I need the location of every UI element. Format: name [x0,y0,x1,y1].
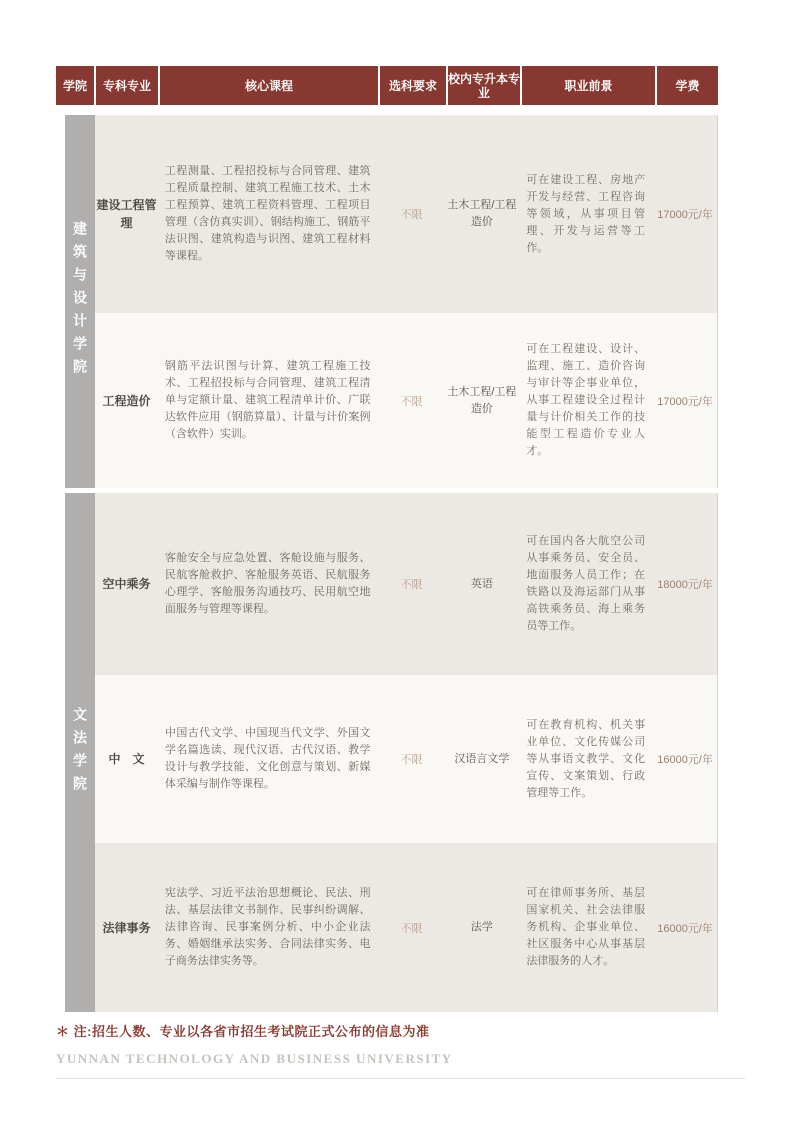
core-courses: 工程测量、工程招投标与合同管理、建筑工程质量控制、建筑工程施工技术、土木工程预算… [158,115,378,313]
table-row: 工程造价 钢筋平法识图与计算、建筑工程施工技术、工程招投标与合同管理、建筑工程清… [95,313,718,488]
tuition-fee: 17000元/年 [653,115,717,313]
col-header-major: 专科专业 [96,66,158,105]
subject-requirement: 不限 [378,493,446,675]
col-header-upgrade-major: 校内专升本专业 [448,66,520,105]
col-header-career-prospects: 职业前景 [522,66,655,105]
subject-requirement: 不限 [378,115,446,313]
major-name: 建设工程管理 [95,115,158,313]
college-name: 建筑与设计学院 [65,221,95,382]
college-sidebar: 建筑与设计学院 [65,115,95,488]
table-row: 法律事务 宪法学、习近平法治思想概论、民法、刑法、基层法律文书制作、民事纠纷调解… [95,843,718,1012]
career-prospects: 可在国内各大航空公司从事乘务员、安全员、地面服务人员工作；在铁路以及海运部门从事… [518,493,653,675]
majors-table: 学院 专科专业 核心课程 选科要求 校内专升本专业 职业前景 学费 建筑与设计学… [56,66,718,1012]
university-name-footer: YUNNAN TECHNOLOGY AND BUSINESS UNIVERSIT… [56,1051,453,1067]
subject-requirement: 不限 [378,313,446,488]
core-courses: 宪法学、习近平法治思想概论、民法、刑法、基层法律文书制作、民事纠纷调解、法律咨询… [158,843,378,1012]
upgrade-major: 汉语言文学 [445,675,518,843]
table-row: 建设工程管理 工程测量、工程招投标与合同管理、建筑工程质量控制、建筑工程施工技术… [95,115,718,313]
col-header-core-courses: 核心课程 [160,66,378,105]
upgrade-major: 英语 [445,493,518,675]
core-courses: 客舱安全与应急处置、客舱设施与服务、民航客舱救护、客舱服务英语、民航服务心理学、… [158,493,378,675]
tuition-fee: 16000元/年 [653,675,717,843]
college-sidebar: 文法学院 [65,493,95,1012]
major-name: 法律事务 [95,843,158,1012]
career-prospects: 可在教育机构、机关事业单位、文化传媒公司等从事语文教学、文化宣传、文案策划、行政… [518,675,653,843]
major-name: 空中乘务 [95,493,158,675]
core-courses: 中国古代文学、中国现当代文学、外国文学名篇选读、现代汉语、古代汉语、教学设计与教… [158,675,378,843]
major-name: 中 文 [95,675,158,843]
col-header-college: 学院 [56,66,94,105]
career-prospects: 可在工程建设、设计、监理、施工、造价咨询与审计等企事业单位，从事工程建设全过程计… [518,313,653,488]
col-header-subject-requirement: 选科要求 [380,66,446,105]
section-architecture-design-college: 建筑与设计学院 建设工程管理 工程测量、工程招投标与合同管理、建筑工程质量控制、… [56,115,718,488]
table-row: 空中乘务 客舱安全与应急处置、客舱设施与服务、民航客舱救护、客舱服务英语、民航服… [95,493,718,675]
core-courses: 钢筋平法识图与计算、建筑工程施工技术、工程招投标与合同管理、建筑工程清单与定额计… [158,313,378,488]
upgrade-major: 法学 [445,843,518,1012]
major-name: 工程造价 [95,313,158,488]
table-row: 中 文 中国古代文学、中国现当代文学、外国文学名篇选读、现代汉语、古代汉语、教学… [95,675,718,843]
college-name: 文法学院 [65,707,95,799]
section-liberal-arts-law-college: 文法学院 空中乘务 客舱安全与应急处置、客舱设施与服务、民航客舱救护、客舱服务英… [56,493,718,1012]
col-header-tuition: 学费 [657,66,718,105]
tuition-fee: 18000元/年 [653,493,717,675]
subject-requirement: 不限 [378,675,446,843]
tuition-fee: 17000元/年 [653,313,717,488]
subject-requirement: 不限 [378,843,446,1012]
upgrade-major: 土木工程/工程造价 [445,313,518,488]
admissions-note: ＊ 注:招生人数、专业以各省市招生考试院正式公布的信息为准 [56,1021,429,1040]
table-header-row: 学院 专科专业 核心课程 选科要求 校内专升本专业 职业前景 学费 [56,66,718,105]
career-prospects: 可在律师事务所、基层国家机关、社会法律服务机构、企事业单位、社区服务中心从事基层… [518,843,653,1012]
document-page: 学院 专科专业 核心课程 选科要求 校内专升本专业 职业前景 学费 建筑与设计学… [0,0,800,1123]
footer-divider [56,1078,745,1079]
tuition-fee: 16000元/年 [653,843,717,1012]
upgrade-major: 土木工程/工程造价 [445,115,518,313]
career-prospects: 可在建设工程、房地产开发与经营、工程咨询等领域，从事项目管理、开发与运营等工作。 [518,115,653,313]
